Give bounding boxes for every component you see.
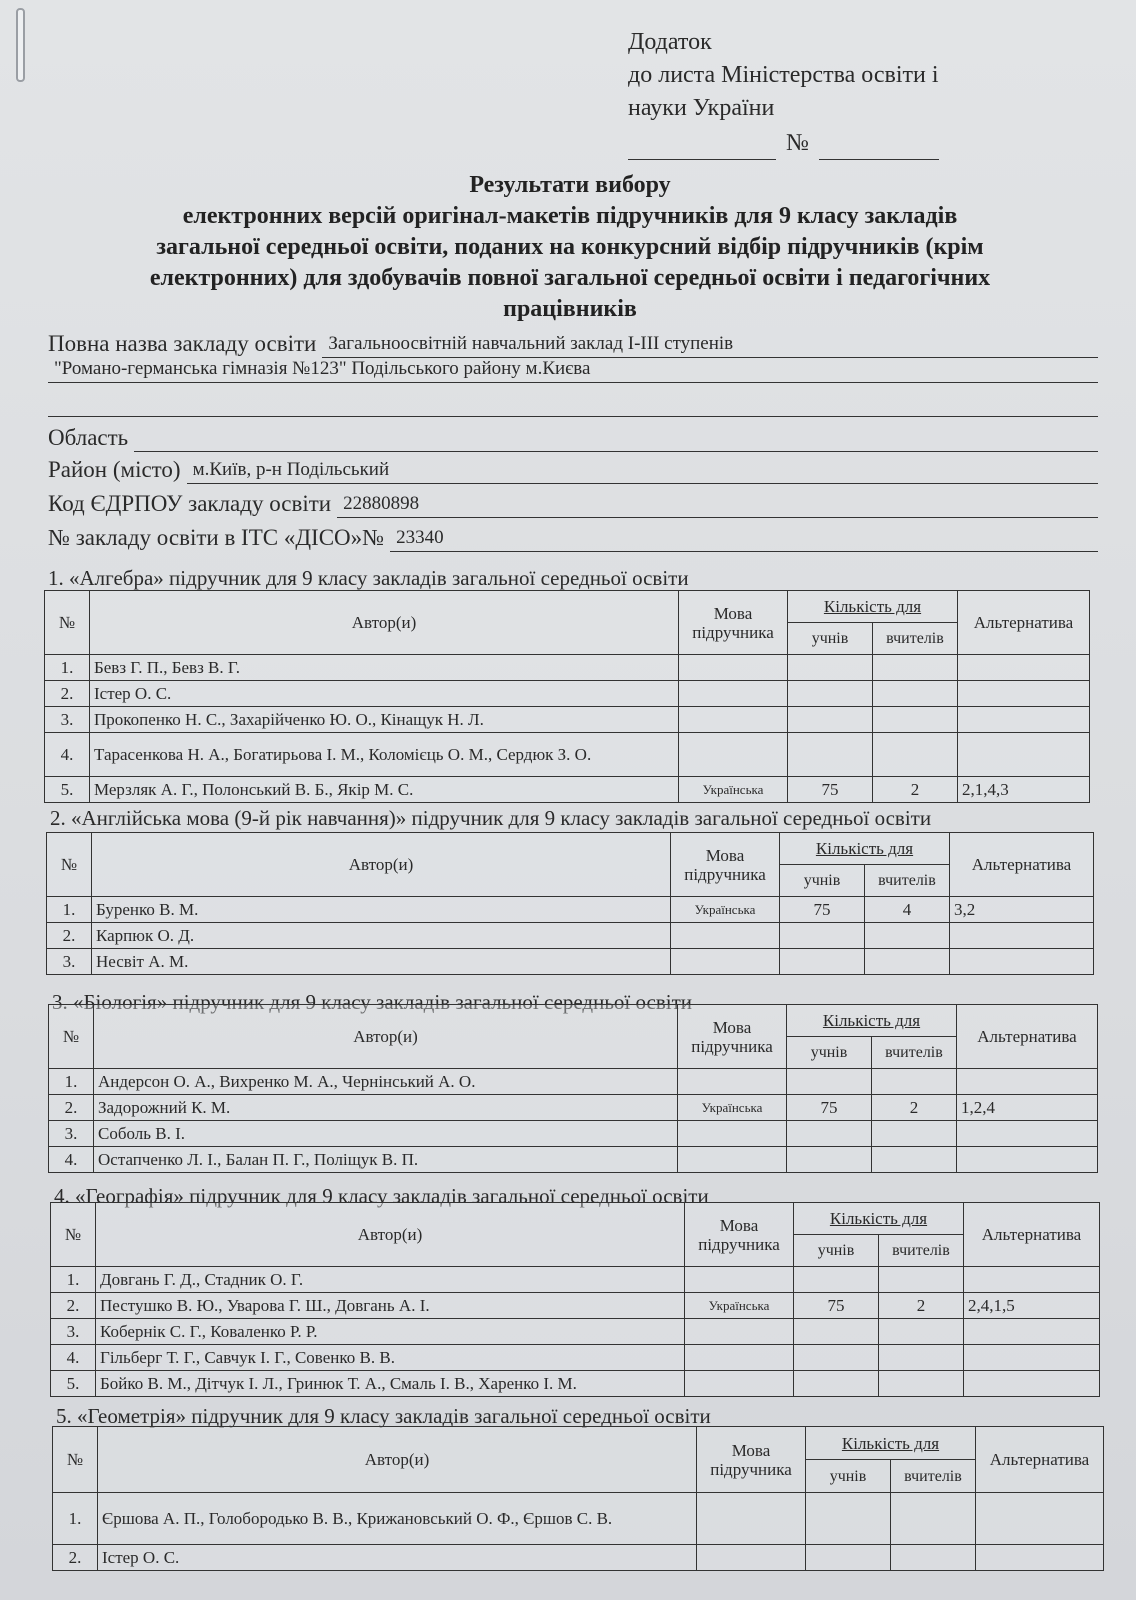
row-teachers-count: 4 <box>865 897 950 923</box>
row-authors: Кобернік С. Г., Коваленко Р. Р. <box>96 1319 685 1345</box>
row-language <box>678 1121 787 1147</box>
header-quantity: Кількість для <box>794 1203 964 1235</box>
row-students-count <box>787 1121 872 1147</box>
row-authors: Істер О. С. <box>98 1545 697 1571</box>
row-number: 4. <box>51 1345 96 1371</box>
row-alternative <box>950 923 1094 949</box>
row-number: 1. <box>53 1493 98 1545</box>
itc-label: № закладу освіти в ІТС «ДІСО»№ <box>48 524 384 552</box>
row-authors: Істер О. С. <box>90 681 679 707</box>
table-row: 4.Тарасенкова Н. А., Богатирьова І. М., … <box>45 733 1090 777</box>
row-teachers-count <box>873 655 958 681</box>
row-teachers-count: 2 <box>879 1293 964 1319</box>
row-language <box>679 707 788 733</box>
header-language: Мовапідручника <box>678 1005 787 1069</box>
title-line-1: Результати вибору <box>60 170 1080 201</box>
header-language: Мовапідручника <box>671 833 780 897</box>
edrpou-value: 22880898 <box>337 491 1098 518</box>
staple-mark <box>16 8 25 82</box>
row-language <box>671 923 780 949</box>
row-teachers-count: 2 <box>872 1095 957 1121</box>
row-authors: Несвіт А. М. <box>92 949 671 975</box>
annex-date-blank <box>628 137 776 160</box>
row-number: 2. <box>47 923 92 949</box>
row-teachers-count <box>865 949 950 975</box>
title-line-5: працівників <box>60 294 1080 325</box>
row-students-count: 75 <box>788 777 873 803</box>
district-label: Район (місто) <box>48 456 181 484</box>
row-language <box>685 1345 794 1371</box>
row-language: Українська <box>678 1095 787 1121</box>
row-number: 3. <box>49 1121 94 1147</box>
header-students: учнів <box>787 1037 872 1069</box>
row-students-count <box>780 923 865 949</box>
row-students-count <box>788 707 873 733</box>
table-row: 4.Остапченко Л. І., Балан П. Г., Поліщук… <box>49 1147 1098 1173</box>
row-authors: Карпюк О. Д. <box>92 923 671 949</box>
header-alternative: Альтернатива <box>957 1005 1098 1069</box>
header-quantity: Кількість для <box>788 591 958 623</box>
header-authors: Автор(и) <box>98 1427 697 1493</box>
textbook-table: №Автор(и)МовапідручникаКількість дляАльт… <box>46 832 1094 975</box>
header-teachers: вчителів <box>872 1037 957 1069</box>
title-line-2: електронних версій оригінал-макетів підр… <box>60 201 1080 232</box>
textbook-table: №Автор(и)МовапідручникаКількість дляАльт… <box>44 590 1090 803</box>
row-alternative <box>964 1267 1100 1293</box>
row-students-count <box>787 1147 872 1173</box>
table-header-row: №Автор(и)МовапідручникаКількість дляАльт… <box>47 833 1094 865</box>
row-students-count <box>794 1267 879 1293</box>
table-header-row: №Автор(и)МовапідручникаКількість дляАльт… <box>51 1203 1100 1235</box>
row-alternative <box>964 1371 1100 1397</box>
table-row: 3.Прокопенко Н. С., Захарійченко Ю. О., … <box>45 707 1090 733</box>
itc-value: 23340 <box>390 525 1098 552</box>
header-teachers: вчителів <box>879 1235 964 1267</box>
header-language-line-1: Мова <box>682 1018 782 1037</box>
document-title: Результати вибору електронних версій ори… <box>60 170 1080 325</box>
row-students-count: 75 <box>787 1095 872 1121</box>
row-students-count <box>794 1345 879 1371</box>
table-row: 4.Гільберг Т. Г., Савчук І. Г., Совенко … <box>51 1345 1100 1371</box>
row-alternative <box>976 1493 1104 1545</box>
row-language <box>685 1371 794 1397</box>
row-language <box>678 1147 787 1173</box>
row-language <box>671 949 780 975</box>
row-authors: Пестушко В. Ю., Уварова Г. Ш., Довгань А… <box>96 1293 685 1319</box>
row-teachers-count <box>879 1345 964 1371</box>
annex-line-1: Додаток <box>628 26 1048 59</box>
row-students-count <box>788 681 873 707</box>
row-teachers-count <box>865 923 950 949</box>
row-teachers-count <box>891 1493 976 1545</box>
row-alternative <box>958 733 1090 777</box>
row-alternative <box>958 681 1090 707</box>
row-number: 4. <box>49 1147 94 1173</box>
header-language-line-2: підручника <box>675 865 775 884</box>
field-edrpou: Код ЄДРПОУ закладу освіти 22880898 <box>48 490 1098 518</box>
section-title: 1. «Алгебра» підручник для 9 класу закла… <box>48 566 689 591</box>
row-authors: Бевз Г. П., Бевз В. Г. <box>90 655 679 681</box>
header-quantity: Кількість для <box>806 1427 976 1460</box>
header-language-line-1: Мова <box>689 1216 789 1235</box>
header-language-line-1: Мова <box>701 1441 801 1460</box>
annex-number-line: № <box>628 127 1048 160</box>
row-authors: Тарасенкова Н. А., Богатирьова І. М., Ко… <box>90 733 679 777</box>
section-title: 2. «Англійська мова (9-й рік навчання)» … <box>50 806 931 831</box>
row-number: 4. <box>45 733 90 777</box>
row-language <box>697 1493 806 1545</box>
row-language: Українська <box>671 897 780 923</box>
annex-header: Додаток до листа Міністерства освіти і н… <box>628 26 1048 160</box>
row-teachers-count <box>891 1545 976 1571</box>
textbook-table: №Автор(и)МовапідручникаКількість дляАльт… <box>52 1426 1104 1571</box>
row-language <box>685 1267 794 1293</box>
row-language: Українська <box>685 1293 794 1319</box>
row-teachers-count <box>873 707 958 733</box>
table-row: 2.Задорожний К. М.Українська7521,2,4 <box>49 1095 1098 1121</box>
header-alternative: Альтернатива <box>958 591 1090 655</box>
title-line-3: загальної середньої освіти, поданих на к… <box>60 232 1080 263</box>
table-row: 3.Кобернік С. Г., Коваленко Р. Р. <box>51 1319 1100 1345</box>
row-teachers-count <box>872 1147 957 1173</box>
row-alternative: 3,2 <box>950 897 1094 923</box>
row-authors: Мерзляк А. Г., Полонський В. Б., Якір М.… <box>90 777 679 803</box>
row-students-count <box>794 1371 879 1397</box>
header-authors: Автор(и) <box>94 1005 678 1069</box>
annex-line-3: науки України <box>628 92 1048 125</box>
row-number: 3. <box>47 949 92 975</box>
title-line-4: електронних) для здобувачів повної загал… <box>60 263 1080 294</box>
row-students-count <box>780 949 865 975</box>
row-number: 1. <box>45 655 90 681</box>
row-students-count <box>787 1069 872 1095</box>
row-number: 1. <box>51 1267 96 1293</box>
header-quantity: Кількість для <box>780 833 950 865</box>
region-label: Область <box>48 424 128 452</box>
row-authors: Андерсон О. А., Вихренко М. А., Чернінсь… <box>94 1069 678 1095</box>
full-name-label: Повна назва закладу освіти <box>48 330 316 358</box>
table-row: 2.Пестушко В. Ю., Уварова Г. Ш., Довгань… <box>51 1293 1100 1319</box>
table-row: 5.Бойко В. М., Дітчук І. Л., Гринюк Т. А… <box>51 1371 1100 1397</box>
annex-number-blank <box>819 137 939 160</box>
row-alternative <box>964 1319 1100 1345</box>
row-alternative <box>958 655 1090 681</box>
header-language-line-1: Мова <box>683 604 783 623</box>
document-page: Додаток до листа Міністерства освіти і н… <box>0 0 1136 1600</box>
row-authors: Прокопенко Н. С., Захарійченко Ю. О., Кі… <box>90 707 679 733</box>
header-students: учнів <box>788 623 873 655</box>
region-value <box>134 425 1098 452</box>
header-language-line-2: підручника <box>682 1037 782 1056</box>
row-alternative <box>957 1147 1098 1173</box>
field-itc: № закладу освіти в ІТС «ДІСО»№ 23340 <box>48 524 1098 552</box>
header-num: № <box>47 833 92 897</box>
row-alternative: 2,1,4,3 <box>958 777 1090 803</box>
table-row: 1.Буренко В. М.Українська7543,2 <box>47 897 1094 923</box>
row-students-count <box>806 1493 891 1545</box>
row-authors: Задорожний К. М. <box>94 1095 678 1121</box>
row-students-count <box>788 655 873 681</box>
header-language-line-2: підручника <box>701 1460 801 1479</box>
header-authors: Автор(и) <box>96 1203 685 1267</box>
table-row: 2.Істер О. С. <box>45 681 1090 707</box>
header-quantity: Кількість для <box>787 1005 957 1037</box>
textbook-table: №Автор(и)МовапідручникаКількість дляАльт… <box>48 1004 1098 1173</box>
header-num: № <box>51 1203 96 1267</box>
annex-line-2: до листа Міністерства освіти і <box>628 59 1048 92</box>
row-teachers-count <box>873 681 958 707</box>
header-authors: Автор(и) <box>92 833 671 897</box>
row-language <box>685 1319 794 1345</box>
row-alternative <box>950 949 1094 975</box>
row-language <box>679 655 788 681</box>
header-teachers: вчителів <box>873 623 958 655</box>
table-row: 1.Андерсон О. А., Вихренко М. А., Чернін… <box>49 1069 1098 1095</box>
row-teachers-count <box>872 1121 957 1147</box>
row-teachers-count <box>879 1267 964 1293</box>
row-students-count: 75 <box>794 1293 879 1319</box>
header-teachers: вчителів <box>865 865 950 897</box>
table-header-row: №Автор(и)МовапідручникаКількість дляАльт… <box>53 1427 1104 1460</box>
row-number: 2. <box>51 1293 96 1319</box>
row-teachers-count <box>873 733 958 777</box>
header-students: учнів <box>794 1235 879 1267</box>
row-alternative <box>964 1345 1100 1371</box>
header-language: Мовапідручника <box>679 591 788 655</box>
field-full-name-line-3 <box>48 390 1098 417</box>
row-authors: Гільберг Т. Г., Савчук І. Г., Совенко В.… <box>96 1345 685 1371</box>
header-num: № <box>45 591 90 655</box>
row-language <box>679 733 788 777</box>
row-number: 3. <box>51 1319 96 1345</box>
row-students-count <box>794 1319 879 1345</box>
row-alternative <box>976 1545 1104 1571</box>
full-name-value-1: Загальноосвітній навчальний заклад І-ІІІ… <box>322 331 1098 358</box>
header-students: учнів <box>780 865 865 897</box>
header-language: Мовапідручника <box>697 1427 806 1493</box>
number-sign: № <box>786 127 809 160</box>
row-authors: Бойко В. М., Дітчук І. Л., Гринюк Т. А.,… <box>96 1371 685 1397</box>
row-authors: Буренко В. М. <box>92 897 671 923</box>
field-district: Район (місто) м.Київ, р-н Подільський <box>48 456 1098 484</box>
row-teachers-count: 2 <box>873 777 958 803</box>
table-row: 2.Карпюк О. Д. <box>47 923 1094 949</box>
header-teachers: вчителів <box>891 1460 976 1493</box>
table-row: 3.Несвіт А. М. <box>47 949 1094 975</box>
header-language-line-2: підручника <box>683 623 783 642</box>
header-language: Мовапідручника <box>685 1203 794 1267</box>
edrpou-label: Код ЄДРПОУ закладу освіти <box>48 490 331 518</box>
table-row: 2.Істер О. С. <box>53 1545 1104 1571</box>
header-language-line-2: підручника <box>689 1235 789 1254</box>
row-number: 3. <box>45 707 90 733</box>
row-students-count <box>788 733 873 777</box>
field-full-name-line-2: "Романо-германська гімназія №123" Поділь… <box>48 356 1098 383</box>
row-alternative: 1,2,4 <box>957 1095 1098 1121</box>
row-number: 2. <box>45 681 90 707</box>
row-number: 1. <box>49 1069 94 1095</box>
table-header-row: №Автор(и)МовапідручникаКількість дляАльт… <box>45 591 1090 623</box>
row-number: 2. <box>49 1095 94 1121</box>
table-row: 3.Соболь В. І. <box>49 1121 1098 1147</box>
table-row: 1.Бевз Г. П., Бевз В. Г. <box>45 655 1090 681</box>
header-alternative: Альтернатива <box>950 833 1094 897</box>
row-language: Українська <box>679 777 788 803</box>
field-full-name: Повна назва закладу освіти Загальноосвіт… <box>48 330 1098 358</box>
row-teachers-count <box>872 1069 957 1095</box>
row-authors: Довгань Г. Д., Стадник О. Г. <box>96 1267 685 1293</box>
row-authors: Остапченко Л. І., Балан П. Г., Поліщук В… <box>94 1147 678 1173</box>
header-num: № <box>49 1005 94 1069</box>
header-authors: Автор(и) <box>90 591 679 655</box>
table-row: 1.Довгань Г. Д., Стадник О. Г. <box>51 1267 1100 1293</box>
field-region: Область <box>48 424 1098 452</box>
row-number: 2. <box>53 1545 98 1571</box>
row-number: 1. <box>47 897 92 923</box>
table-header-row: №Автор(и)МовапідручникаКількість дляАльт… <box>49 1005 1098 1037</box>
row-teachers-count <box>879 1371 964 1397</box>
header-alternative: Альтернатива <box>964 1203 1100 1267</box>
row-alternative <box>957 1121 1098 1147</box>
row-students-count <box>806 1545 891 1571</box>
full-name-value-2: "Романо-германська гімназія №123" Поділь… <box>48 356 1098 383</box>
table-row: 5.Мерзляк А. Г., Полонський В. Б., Якір … <box>45 777 1090 803</box>
textbook-table: №Автор(и)МовапідручникаКількість дляАльт… <box>50 1202 1100 1397</box>
row-language <box>697 1545 806 1571</box>
header-students: учнів <box>806 1460 891 1493</box>
full-name-value-3 <box>48 390 1098 417</box>
header-num: № <box>53 1427 98 1493</box>
row-number: 5. <box>45 777 90 803</box>
table-row: 1.Єршова А. П., Голобородько В. В., Криж… <box>53 1493 1104 1545</box>
row-alternative <box>958 707 1090 733</box>
row-number: 5. <box>51 1371 96 1397</box>
row-language <box>679 681 788 707</box>
district-value: м.Київ, р-н Подільський <box>187 457 1098 484</box>
row-teachers-count <box>879 1319 964 1345</box>
row-alternative: 2,4,1,5 <box>964 1293 1100 1319</box>
header-language-line-1: Мова <box>675 846 775 865</box>
row-authors: Соболь В. І. <box>94 1121 678 1147</box>
row-language <box>678 1069 787 1095</box>
row-authors: Єршова А. П., Голобородько В. В., Крижан… <box>98 1493 697 1545</box>
header-alternative: Альтернатива <box>976 1427 1104 1493</box>
row-students-count: 75 <box>780 897 865 923</box>
row-alternative <box>957 1069 1098 1095</box>
